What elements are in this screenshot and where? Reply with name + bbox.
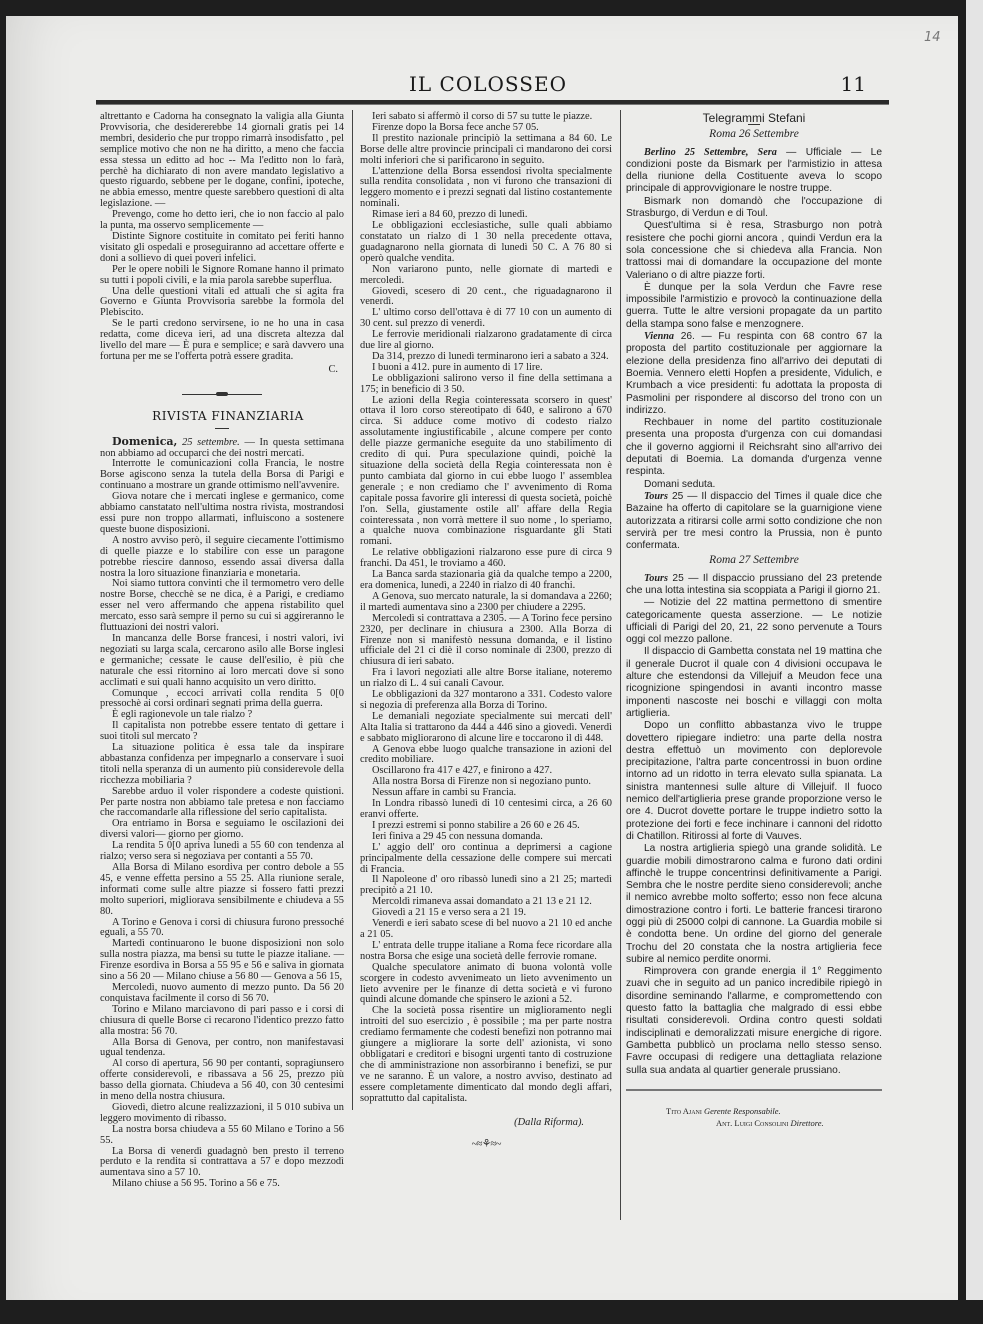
left-intro-article: altrettanto e Cadorna ha consegnato la v… xyxy=(100,112,344,363)
paragraph: Al corso di apertura, 56 90 per contanti… xyxy=(100,1059,344,1103)
page-number: 11 xyxy=(841,72,866,96)
lead-date: 25 settembre. xyxy=(182,437,240,448)
imprint-director: Ant. Luigi Consolini Direttore. xyxy=(626,1117,882,1129)
scan-edge-bottom xyxy=(0,1300,983,1324)
telegram-text: Rechbauer in nome del partito costituzio… xyxy=(626,417,882,477)
paragraph: Comunque , eccoci arrivati colla rendita… xyxy=(100,689,344,711)
paragraph: In Londra ribassò lunedì di 10 centesimi… xyxy=(360,799,612,821)
dateline: Roma 27 Settembre xyxy=(626,554,882,566)
paragraph: In mancanza delle Borse francesi, i nost… xyxy=(100,634,344,689)
telegram-paragraph: Tours 25 — Il dispaccio prussiano del 23… xyxy=(626,573,882,598)
paragraph: Le obbligazioni da 327 montarono a 331. … xyxy=(360,690,612,712)
paragraph: Le demaniali negoziate specialmente sui … xyxy=(360,712,612,745)
paragraph: Alla Borsa di Genova, per contro, non ma… xyxy=(100,1038,344,1060)
paragraph: Mercoledì, nuovo aumento di mezzo punto.… xyxy=(100,983,344,1005)
telegram-origin: Berlino 25 Settembre, Sera xyxy=(644,147,777,158)
telegram-paragraph: Il dispaccio di Gambetta constata nel 19… xyxy=(626,646,882,720)
lead-day: Domenica, xyxy=(112,435,177,448)
director-role: Direttore. xyxy=(791,1118,824,1128)
paragraph: L'attenzione della Borsa essendosi rivol… xyxy=(360,167,612,211)
telegram-text: Rimprovera con grande energia il 1° Regg… xyxy=(626,966,882,1075)
section-title: RIVISTA FINANZIARIA xyxy=(100,411,344,422)
masthead-title: IL COLOSSEO xyxy=(96,72,880,96)
imprint-manager: Tito Ajani Gerente Responsabile. xyxy=(626,1105,882,1117)
telegram-text: Dopo un conflitto abbastanza vivo le tru… xyxy=(626,720,882,842)
telegrams-title: Telegrammi Stefani xyxy=(626,112,882,124)
paragraph: Le obbligazioni ecclesiastiche, sulle qu… xyxy=(360,221,612,265)
right-column: Telegrammi Stefani Roma 26 SettembreBerl… xyxy=(626,112,882,1129)
paragraph: Le obbligazioni salirono verso il fine d… xyxy=(360,374,612,396)
left-column: altrettanto e Cadorna ha consegnato la v… xyxy=(100,112,344,1190)
manager-role: Gerente Responsabile. xyxy=(704,1106,781,1116)
paragraph: Giova notare che i mercati inglese e ger… xyxy=(100,492,344,536)
paragraph: Prevengo, come ho detto ieri, che io non… xyxy=(100,210,344,232)
telegram-paragraph: È dunque per la sola Verdun che Favre re… xyxy=(626,282,882,331)
source-credit: (Dalla Riforma). xyxy=(360,1118,612,1129)
telegram-paragraph: Rechbauer in nome del partito costituzio… xyxy=(626,417,882,478)
telegram-paragraph: Domani seduta. xyxy=(626,479,882,491)
middle-column: Ieri sabato si affermò il corso di 57 su… xyxy=(360,112,612,1150)
telegram-paragraph: Vienna 26. — Fu respinta con 68 contro 6… xyxy=(626,331,882,417)
lead-paragraph: Domenica, 25 settembre. — In questa sett… xyxy=(100,437,344,460)
paragraph: Se le parti credono servirsene, io ne ho… xyxy=(100,319,344,363)
paragraph: Sarebbe arduo il voler rispondere a code… xyxy=(100,787,344,820)
paragraph: La Borsa di venerdì guadagnò ben presto … xyxy=(100,1147,344,1180)
column-divider-1 xyxy=(352,110,353,1110)
telegram-text: — Notizie del 22 mattina permettono di s… xyxy=(626,597,882,645)
telegram-paragraph: Bismark non domandò che l'occupazione di… xyxy=(626,196,882,221)
end-ornament-icon: ~≈⚘≈~ xyxy=(360,1139,612,1150)
telegram-text: Quest'ultima si è resa, Strasburgo non p… xyxy=(626,220,882,280)
telegram-paragraph: Quest'ultima si è resa, Strasburgo non p… xyxy=(626,220,882,281)
scan-margin-right xyxy=(966,0,983,1324)
paragraph: Ora entriamo in Borsa e seguiamo le osci… xyxy=(100,819,344,841)
paragraph: La rendita 5 0[0 apriva lunedì a 55 60 c… xyxy=(100,841,344,863)
paragraph: A Genova, suo mercato naturale, la si do… xyxy=(360,592,612,614)
telegram-text: 26. — Fu respinta con 68 contro 67 la pr… xyxy=(626,331,882,416)
paragraph: Venerdì e ieri sabato scese di bel nuovo… xyxy=(360,919,612,941)
paragraph: Torino e Milano marciavono di pari passo… xyxy=(100,1005,344,1038)
director-name: Ant. Luigi Consolini xyxy=(716,1118,788,1128)
finance-review-body: Interrotte le comunicazioni colla Franci… xyxy=(100,459,344,1190)
paragraph: Le azioni della Regia cointeressata scor… xyxy=(360,396,612,549)
telegrams-body: Roma 26 SettembreBerlino 25 Settembre, S… xyxy=(626,128,882,1077)
paragraph: Giovedì, dietro alcune realizzazioni, il… xyxy=(100,1103,344,1125)
article-signature: C. xyxy=(100,365,344,376)
paragraph: Una delle questioni vitali ed attuali ch… xyxy=(100,287,344,320)
paragraph: L' ultimo corso dell'ottava è di 77 10 c… xyxy=(360,308,612,330)
paragraph: Le ferrovie meridionali rialzarono grada… xyxy=(360,330,612,352)
paragraph: Martedì continuarono le buone disposizio… xyxy=(100,939,344,983)
title-dash xyxy=(215,428,229,429)
telegram-text: Bismark non domandò che l'occupazione di… xyxy=(626,196,882,219)
telegram-paragraph: La nostra artiglieria spiegò una grande … xyxy=(626,843,882,966)
header-rule xyxy=(96,100,889,105)
paragraph: Distinte Signore costituite in comitato … xyxy=(100,232,344,265)
telegram-text: Il dispaccio di Gambetta constata nel 19… xyxy=(626,646,882,718)
paragraph: Per le opere nobili le Signore Romane ha… xyxy=(100,265,344,287)
telegram-origin: Vienna xyxy=(644,331,674,342)
telegram-paragraph: Berlino 25 Settembre, Sera — Ufficiale —… xyxy=(626,147,882,196)
manager-name: Tito Ajani xyxy=(666,1106,702,1116)
paragraph: Mercoledì si contrattava a 2305. — A Tor… xyxy=(360,614,612,669)
paragraph: Il Napoleone d' oro ribassò lunedì sino … xyxy=(360,875,612,897)
telegram-text: Domani seduta. xyxy=(644,479,715,490)
paragraph: Il prestito nazionale principiò la setti… xyxy=(360,134,612,167)
paragraph: Interrotte le comunicazioni colla Franci… xyxy=(100,459,344,492)
paragraph: Non variarono punto, nelle giornate di m… xyxy=(360,265,612,287)
dateline: Roma 26 Settembre xyxy=(626,128,882,140)
paragraph: Milano chiuse a 56 95. Torino a 56 e 75. xyxy=(100,1179,344,1190)
paragraph: Noi siamo tuttora convinti che il termom… xyxy=(100,579,344,634)
footer-rule xyxy=(626,1089,882,1091)
telegram-origin: Tours xyxy=(644,573,668,584)
paragraph: A Torino e Genova i corsi di chiusura fu… xyxy=(100,918,344,940)
running-head: IL COLOSSEO 11 xyxy=(96,72,880,100)
telegram-paragraph: Dopo un conflitto abbastanza vivo le tru… xyxy=(626,720,882,843)
paragraph: L' aggio dell' oro continua a deprimersi… xyxy=(360,843,612,876)
paragraph: A nostro avviso però, il seguire ciecame… xyxy=(100,536,344,580)
paragraph: La nostra borsa chiudeva a 55 60 Milano … xyxy=(100,1125,344,1147)
paragraph: Fra i lavori negoziati alle altre Borse … xyxy=(360,668,612,690)
telegram-paragraph: — Notizie del 22 mattina permettono di s… xyxy=(626,597,882,646)
paragraph: Alla Borsa di Milano esordiva per contro… xyxy=(100,863,344,918)
telegram-paragraph: Rimprovera con grande energia il 1° Regg… xyxy=(626,966,882,1077)
telegram-text: È dunque per la sola Verdun che Favre re… xyxy=(626,282,882,330)
ornament-divider xyxy=(182,392,262,397)
paragraph: Il capitalista non potrebbe essere tenta… xyxy=(100,721,344,743)
paragraph: La situazione politica è essa tale da in… xyxy=(100,743,344,787)
telegram-paragraph: Tours 25 — Il dispaccio del Times il qua… xyxy=(626,491,882,552)
paragraph: A Genova ebbe luogo qualche transazione … xyxy=(360,745,612,767)
paragraph: L' entrata delle truppe italiane a Roma … xyxy=(360,941,612,963)
paragraph: Che la società possa risentire un miglio… xyxy=(360,1006,612,1104)
column-divider-2 xyxy=(620,110,621,1220)
paragraph: altrettanto e Cadorna ha consegnato la v… xyxy=(100,112,344,210)
paragraph: La Banca sarda stazionaria già da qualch… xyxy=(360,570,612,592)
handwritten-folio: 14 xyxy=(924,30,941,45)
finance-review-continued: Ieri sabato si affermò il corso di 57 su… xyxy=(360,112,612,1104)
paragraph: Qualche speculatore animato di buona vol… xyxy=(360,963,612,1007)
paragraph: Le relative obbligazioni rialzarono esse… xyxy=(360,548,612,570)
paragraph: Giovedì, scesero di 20 cent., che riguad… xyxy=(360,287,612,309)
telegram-origin: Tours xyxy=(644,491,668,502)
telegram-text: La nostra artiglieria spiegò una grande … xyxy=(626,843,882,965)
